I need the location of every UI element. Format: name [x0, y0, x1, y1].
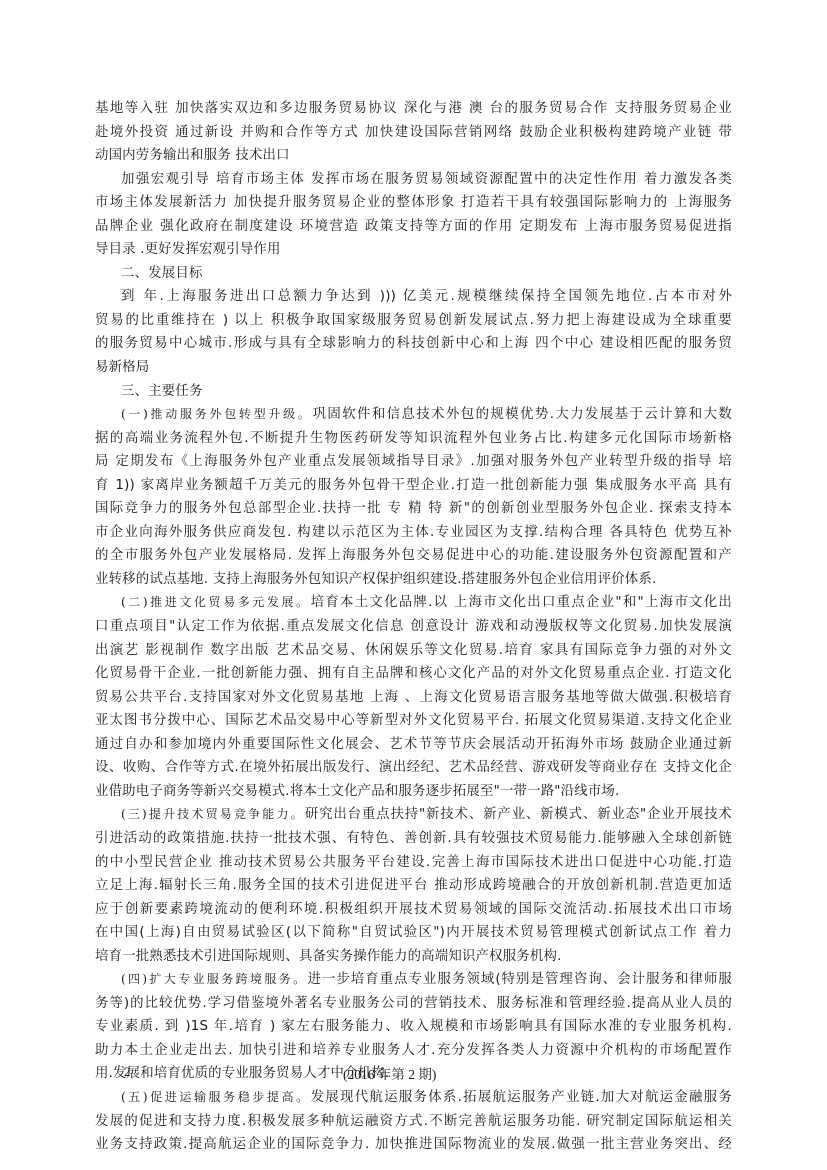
text-line: (三)提升技术贸易竞争能力。研究出台重点扶持"新技术、新产业、新模式、新业态"企…: [95, 803, 732, 827]
text-line: 专业素质. 到 )1S 年.培育 ) 家左右服务能力、收入规模和市场影响具有国际…: [95, 1015, 732, 1039]
line-text: 业借助电子商务等新兴交易模式.将本土文化产品和服务逐步拓展至"一带一路"沿线市场…: [95, 784, 619, 799]
line-text: 培育一批熟悉技术引进国际规则、具备实务操作能力的高端知识产权服务机构.: [95, 949, 562, 964]
text-line: 到 年.上海服务进出口总额力争达到 ))) 亿美元.规模继续保持全国领先地位.占…: [95, 285, 732, 309]
line-text: 业转移的试点基地. 支持上海服务外包知识产权保护组织建设.搭建服务外包企业信用评…: [95, 572, 656, 587]
text-line: 助力本土企业走出去. 加快引进和培养专业服务人才.充分发挥各类人力资源中介机构的…: [95, 1039, 732, 1063]
text-line: 贸易公共平台.支持国家对外文化贸易基地 上海 、上海文化贸易语言服务基地等做大做…: [95, 686, 732, 710]
text-line: 业借助电子商务等新兴交易模式.将本土文化产品和服务逐步拓展至"一带一路"沿线市场…: [95, 780, 732, 804]
line-text: 务等)的比较优势.学习借鉴境外著名专业服务公司的营销技术、服务标准和管理经验.提…: [95, 996, 732, 1011]
line-text: 加强宏观引导 培育市场主体 发挥市场在服务贸易领域资源配置中的决定性作用 着力激…: [121, 172, 732, 187]
text-line: 的全市服务外包产业发展格局. 发挥上海服务外包交易促进中心的功能.建设服务外包资…: [95, 544, 732, 568]
line-text: 巩固软件和信息技术外包的规模优势.大力发展基于云计算和大数: [313, 407, 732, 422]
text-line: 业务支持政策.提高航运企业的国际竞争力. 加快推进国际物流业的发展.做强一批主营…: [95, 1133, 732, 1157]
text-line: 市企业向海外服务供应商发包. 构建以示范区为主体.专业园区为支撑.结构合理 各具…: [95, 521, 732, 545]
line-text: 助力本土企业走出去. 加快引进和培养专业服务人才.充分发挥各类人力资源中介机构的…: [95, 1043, 732, 1058]
section-heading: 二、发展目标: [95, 262, 732, 286]
line-text: 育 1)) 家离岸业务额超千万美元的服务外包骨干型企业.打造一批创新能力强 集成…: [95, 478, 732, 493]
text-line: 化贸易骨干企业.一批创新能力强、拥有自主品牌和核心文化产品的对外文化贸易重点企业…: [95, 662, 732, 686]
line-text: 赴境外投资 通过新设 并购和合作等方式 加快建设国际营销网络 鼓励企业积极构建跨…: [95, 125, 732, 140]
text-line: 在中国(上海)自由贸易试验区(以下简称"自贸试验区")内开展技术贸易管理模式创新…: [95, 921, 732, 945]
line-text: 口重点项目"认定工作为依据.重点发展文化信息 创意设计 游戏和动漫版权等文化贸易…: [95, 619, 732, 634]
text-line: (四)扩大专业服务跨境服务。进一步培育重点专业服务领域(特别是管理咨询、会计服务…: [95, 968, 732, 992]
text-line: 通过自办和参加境内外重要国际性文化展会、艺术节等节庆会展活动开拓海外市场 鼓励企…: [95, 733, 732, 757]
text-line: 培育一批熟悉技术引进国际规则、具备实务操作能力的高端知识产权服务机构.: [95, 945, 732, 969]
line-text: 国际竞争力的服务外包总部型企业.扶持一批 专 精 特 新"的创新创业型服务外包企…: [95, 501, 732, 516]
task-title: (二)推进文化贸易多元发展。: [121, 595, 311, 609]
text-line: 设、收购、合作等方式.在境外拓展出版发行、演出经纪、艺术品经营、游戏研发等商业存…: [95, 756, 732, 780]
text-line: 市场主体发展新活力 加快提升服务贸易企业的整体形象 打造若干具有较强国际影响力的…: [95, 191, 732, 215]
line-text: 贸易公共平台.支持国家对外文化贸易基地 上海 、上海文化贸易语言服务基地等做大做…: [95, 690, 732, 705]
line-text: 动国内劳务输出和服务 技术出口: [95, 148, 290, 163]
line-text: 的全市服务外包产业发展格局. 发挥上海服务外包交易促进中心的功能.建设服务外包资…: [95, 548, 732, 563]
line-text: 应于创新要素跨境流动的便利环境.积极组织开展技术贸易领域的国际交流活动.拓展技术…: [95, 902, 732, 917]
line-text: 引进活动的政策措施.扶持一批技术强、有特色、善创新.具有较强技术贸易能力.能够融…: [95, 831, 732, 846]
text-line: 据的高端业务流程外包.不断提升生物医药研发等知识流程外包业务占比.构建多元化国际…: [95, 427, 732, 451]
line-text: 基地等入驻 加快落实双边和多边服务贸易协议 深化与港 澳 台的服务贸易合作 支持…: [95, 101, 732, 116]
text-line: 出演艺 影视制作 数字出版 艺术品交易、休闲娱乐等文化贸易.培育 家具有国际竞争…: [95, 639, 732, 663]
line-text: 设、收购、合作等方式.在境外拓展出版发行、演出经纪、艺术品经营、游戏研发等商业存…: [95, 760, 732, 775]
text-line: 局 定期发布《上海服务外包产业重点发展领域指导目录》.加强对服务外包产业转型升级…: [95, 450, 732, 474]
page-number: 2: [124, 1064, 131, 1080]
text-line: 贸易的比重维持在 ) 以上 积极争取国家级服务贸易创新发展试点.努力把上海建设成…: [95, 309, 732, 333]
text-line: 应于创新要素跨境流动的便利环境.积极组织开展技术贸易领域的国际交流活动.拓展技术…: [95, 898, 732, 922]
task-title: (四)扩大专业服务跨境服务。: [121, 972, 307, 986]
text-line: 国际竞争力的服务外包总部型企业.扶持一批 专 精 特 新"的创新创业型服务外包企…: [95, 497, 732, 521]
line-text: 发展现代航运服务体系.拓展航运服务产业链.加大对航运金融服务: [311, 1090, 732, 1105]
text-line: 的服务贸易中心城市.形成与具有全球影响力的科技创新中心和上海 四个中心 建设相匹…: [95, 332, 732, 356]
line-text: 进一步培育重点专业服务领域(特别是管理咨询、会计服务和律师服: [307, 972, 732, 987]
document-page: 基地等入驻 加快落实双边和多边服务贸易协议 深化与港 澳 台的服务贸易合作 支持…: [0, 0, 827, 1170]
line-text: 局 定期发布《上海服务外包产业重点发展领域指导目录》.加强对服务外包产业转型升级…: [95, 454, 732, 469]
line-text: 研究出台重点扶持"新技术、新产业、新模式、新业态"企业开展技术: [305, 807, 732, 822]
text-line: 业转移的试点基地. 支持上海服务外包知识产权保护组织建设.搭建服务外包企业信用评…: [95, 568, 732, 592]
text-line: 立足上海.辐射长三角.服务全国的技术引进促进平台 推动形成跨境融合的开放创新机制…: [95, 874, 732, 898]
text-line: (五)促进运输服务稳步提高。发展现代航运服务体系.拓展航运服务产业链.加大对航运…: [95, 1086, 732, 1110]
line-text: 在中国(上海)自由贸易试验区(以下简称"自贸试验区")内开展技术贸易管理模式创新…: [95, 925, 732, 940]
issue-label: (2016 年第 2 期): [343, 1063, 436, 1083]
text-line: 动国内劳务输出和服务 技术出口: [95, 144, 732, 168]
line-text: 化贸易骨干企业.一批创新能力强、拥有自主品牌和核心文化产品的对外文化贸易重点企业…: [95, 666, 732, 681]
line-text: 市场主体发展新活力 加快提升服务贸易企业的整体形象 打造若干具有较强国际影响力的…: [95, 195, 732, 210]
task-title: (一)推动服务外包转型升级。: [121, 407, 313, 421]
line-text: 到 年.上海服务进出口总额力争达到 ))) 亿美元.规模继续保持全国领先地位.占…: [121, 289, 732, 304]
line-text: 培育本土文化品牌.以 上海市文化出口重点企业"和"上海市文化出: [311, 595, 732, 610]
line-text: 亚太图书分拨中心、国际艺术品交易中心等新型对外文化贸易平台. 拓展文化贸易渠道.…: [95, 713, 732, 728]
task-title: (三)提升技术贸易竞争能力。: [121, 807, 305, 821]
text-line: 引进活动的政策措施.扶持一批技术强、有特色、善创新.具有较强技术贸易能力.能够融…: [95, 827, 732, 851]
text-line: (一)推动服务外包转型升级。巩固软件和信息技术外包的规模优势.大力发展基于云计算…: [95, 403, 732, 427]
line-text: 品牌企业 强化政府在制度建设 环境营造 政策支持等方面的作用 定期发布 上海市服…: [95, 219, 732, 234]
text-line: 口重点项目"认定工作为依据.重点发展文化信息 创意设计 游戏和动漫版权等文化贸易…: [95, 615, 732, 639]
body-text: 基地等入驻 加快落实双边和多边服务贸易协议 深化与港 澳 台的服务贸易合作 支持…: [95, 97, 732, 1157]
line-text: 专业素质. 到 )1S 年.培育 ) 家左右服务能力、收入规模和市场影响具有国际…: [95, 1019, 732, 1034]
line-text: 贸易的比重维持在 ) 以上 积极争取国家级服务贸易创新发展试点.努力把上海建设成…: [95, 313, 732, 328]
line-text: 导目录 .更好发挥宏观引导作用: [95, 242, 281, 257]
text-line: 务等)的比较优势.学习借鉴境外著名专业服务公司的营销技术、服务标准和管理经验.提…: [95, 992, 732, 1016]
text-line: 的中小型民营企业 推动技术贸易公共服务平台建设.完善上海市国际技术进出口促进中心…: [95, 851, 732, 875]
text-line: (二)推进文化贸易多元发展。培育本土文化品牌.以 上海市文化出口重点企业"和"上…: [95, 591, 732, 615]
line-text: 业务支持政策.提高航运企业的国际竞争力. 加快推进国际物流业的发展.做强一批主营…: [95, 1137, 732, 1152]
line-text: 二、发展目标: [121, 266, 203, 281]
text-line: 亚太图书分拨中心、国际艺术品交易中心等新型对外文化贸易平台. 拓展文化贸易渠道.…: [95, 709, 732, 733]
text-line: 加强宏观引导 培育市场主体 发挥市场在服务贸易领域资源配置中的决定性作用 着力激…: [95, 168, 732, 192]
line-text: 出演艺 影视制作 数字出版 艺术品交易、休闲娱乐等文化贸易.培育 家具有国际竞争…: [95, 643, 732, 658]
line-text: 的中小型民营企业 推动技术贸易公共服务平台建设.完善上海市国际技术进出口促进中心…: [95, 855, 732, 870]
line-text: 据的高端业务流程外包.不断提升生物医药研发等知识流程外包业务占比.构建多元化国际…: [95, 431, 732, 446]
text-line: 育 1)) 家离岸业务额超千万美元的服务外包骨干型企业.打造一批创新能力强 集成…: [95, 474, 732, 498]
text-line: 发展的促进和支持力度.积极发展多种航运融资方式.不断完善航运服务功能. 研究制定…: [95, 1110, 732, 1134]
task-title: (五)促进运输服务稳步提高。: [121, 1090, 311, 1104]
line-text: 立足上海.辐射长三角.服务全国的技术引进促进平台 推动形成跨境融合的开放创新机制…: [95, 878, 732, 893]
text-line: 基地等入驻 加快落实双边和多边服务贸易协议 深化与港 澳 台的服务贸易合作 支持…: [95, 97, 732, 121]
text-line: 品牌企业 强化政府在制度建设 环境营造 政策支持等方面的作用 定期发布 上海市服…: [95, 215, 732, 239]
section-heading: 三、主要任务: [95, 380, 732, 404]
line-text: 市企业向海外服务供应商发包. 构建以示范区为主体.专业园区为支撑.结构合理 各具…: [95, 525, 732, 540]
line-text: 的服务贸易中心城市.形成与具有全球影响力的科技创新中心和上海 四个中心 建设相匹…: [95, 336, 732, 351]
line-text: 通过自办和参加境内外重要国际性文化展会、艺术节等节庆会展活动开拓海外市场 鼓励企…: [95, 737, 732, 752]
text-line: 赴境外投资 通过新设 并购和合作等方式 加快建设国际营销网络 鼓励企业积极构建跨…: [95, 121, 732, 145]
line-text: 易新格局: [95, 360, 149, 375]
line-text: 发展的促进和支持力度.积极发展多种航运融资方式.不断完善航运服务功能. 研究制定…: [95, 1114, 732, 1129]
text-line: 易新格局: [95, 356, 732, 380]
text-line: 导目录 .更好发挥宏观引导作用: [95, 238, 732, 262]
line-text: 三、主要任务: [121, 384, 203, 399]
